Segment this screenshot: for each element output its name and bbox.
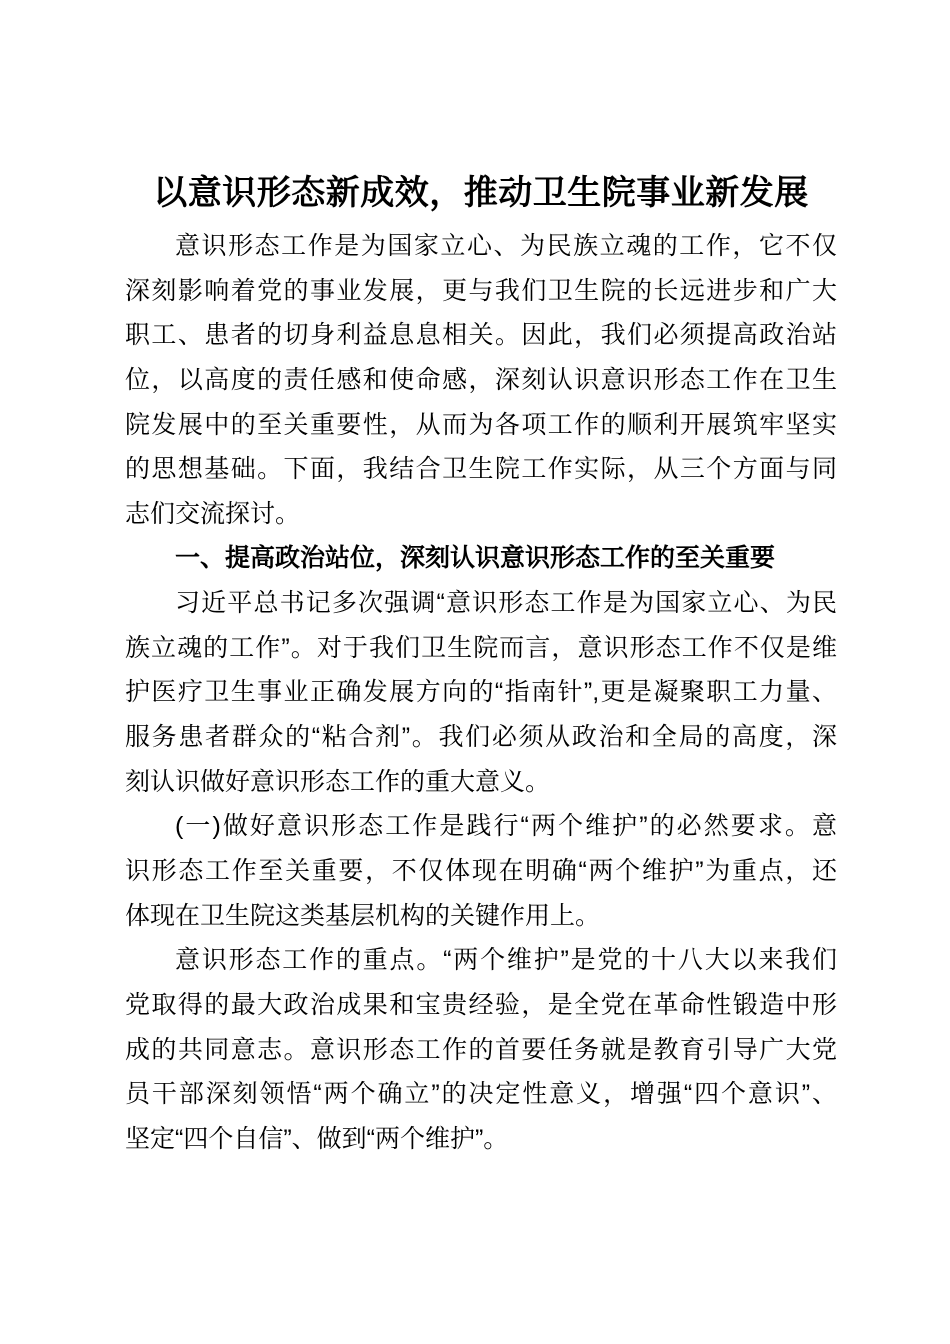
paragraph-line: 识形态工作至关重要，不仅体现在明确“两个维护”为重点，还 xyxy=(125,849,837,894)
section-heading-line: 一、提高政治站位，深刻认识意识形态工作的至关重要 xyxy=(125,536,837,581)
paragraph-line: 护医疗卫生事业正确发展方向的“指南针”,更是凝聚职工力量、 xyxy=(125,670,837,715)
document-body: 意识形态工作是为国家立心、为民族立魂的工作，它不仅深刻影响着党的事业发展，更与我… xyxy=(125,224,837,1161)
document-title: 以意识形态新成效，推动卫生院事业新发展 xyxy=(125,167,837,219)
paragraph-line: 志们交流探讨。 xyxy=(125,492,837,537)
paragraph-line: 坚定“四个自信”、做到“两个维护”。 xyxy=(125,1117,837,1162)
document-page: 以意识形态新成效，推动卫生院事业新发展 意识形态工作是为国家立心、为民族立魂的工… xyxy=(0,0,950,1344)
paragraph-line: 体现在卫生院这类基层机构的关键作用上。 xyxy=(125,894,837,939)
paragraph-line: (一)做好意识形态工作是践行“两个维护”的必然要求。意 xyxy=(125,804,837,849)
paragraph-line: 职工、患者的切身利益息息相关。因此，我们必须提高政治站 xyxy=(125,313,837,358)
paragraph-line: 服务患者群众的“粘合剂”。我们必须从政治和全局的高度，深 xyxy=(125,715,837,760)
paragraph-line: 族立魂的工作”。对于我们卫生院而言，意识形态工作不仅是维 xyxy=(125,626,837,671)
paragraph-line: 员干部深刻领悟“两个确立”的决定性意义，增强“四个意识”、 xyxy=(125,1072,837,1117)
paragraph-line: 党取得的最大政治成果和宝贵经验，是全党在革命性锻造中形 xyxy=(125,983,837,1028)
paragraph-line: 成的共同意志。意识形态工作的首要任务就是教育引导广大党 xyxy=(125,1028,837,1073)
paragraph-line: 刻认识做好意识形态工作的重大意义。 xyxy=(125,760,837,805)
paragraph-line: 位，以高度的责任感和使命感，深刻认识意识形态工作在卫生 xyxy=(125,358,837,403)
paragraph-line: 习近平总书记多次强调“意识形态工作是为国家立心、为民 xyxy=(125,581,837,626)
paragraph-line: 意识形态工作的重点。“两个维护”是党的十八大以来我们 xyxy=(125,938,837,983)
paragraph-line: 的思想基础。下面，我结合卫生院工作实际，从三个方面与同 xyxy=(125,447,837,492)
paragraph-line: 深刻影响着党的事业发展，更与我们卫生院的长远进步和广大 xyxy=(125,269,837,314)
paragraph-line: 院发展中的至关重要性，从而为各项工作的顺利开展筑牢坚实 xyxy=(125,403,837,448)
paragraph-line: 意识形态工作是为国家立心、为民族立魂的工作，它不仅 xyxy=(125,224,837,269)
